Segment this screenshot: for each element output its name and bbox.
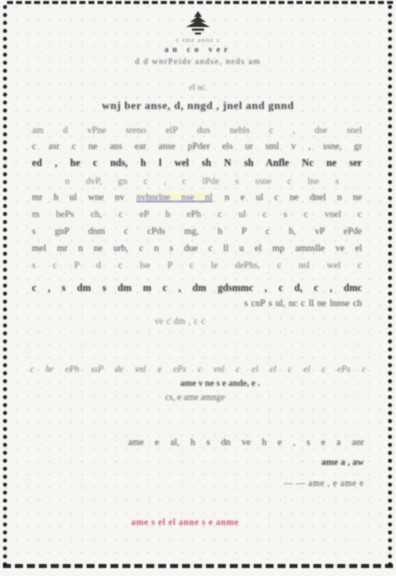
hyperlink[interactable]: nvhnrlne nse nl (136, 193, 214, 203)
header-line-small: c ime anne s (0, 37, 396, 44)
body-line: ed , he c nds, h l wel sh N sh Anfle Nc … (32, 158, 362, 170)
subject-line: wnj ber anse, d, nngd , jnel and gnnd (30, 100, 366, 113)
signature-title-line: ame a , aw (128, 458, 364, 469)
header-line-bold: an co ver (0, 45, 396, 54)
body-line: am d vPne sreno elP dus nehls c , dse sn… (32, 126, 362, 137)
note-line: ame v ne s e ande, e . (110, 378, 330, 388)
link-line-pre: mr h ul wne nv (32, 193, 136, 203)
page-border-bottom (3, 564, 393, 568)
header-line-wide: d d wnrPeide andse, neds am (0, 57, 396, 67)
closing-line: ve c dm , c c (105, 316, 255, 326)
note-line: c hr ePh ssP de vnl e ePs c vnl c el el … (30, 364, 366, 374)
body-line: n dvP, gn c , c lPde s ssne c lne s (65, 177, 339, 188)
body-line: m hePs ch, c eP h ePh c ul c s c vnel c (32, 210, 362, 221)
footer-red-line: ame s el el anne s e anme (95, 517, 275, 527)
page-border-top (7, 1, 393, 4)
link-line-post: n e ul c ne dnel n ne (214, 193, 362, 203)
note-line: cs, e ame amnge (130, 392, 260, 402)
signature-org-line: — — ame , e ame e (128, 478, 364, 488)
body-line: c asr c ne ans ear anse pPder els ur sml… (32, 142, 362, 153)
body-line-with-link: mr h ul wne nv nvhnrlne nse nl n e ul c … (32, 193, 362, 204)
body-line: mel mr n ne urb, c n s due c ll u el mp … (32, 244, 362, 255)
body-line: s gnP dnm c cPds mg, h P c h, vP ePde (32, 227, 362, 238)
national-emblem-icon (180, 11, 216, 38)
body-last-line: s cnP s ul, nc c ll ne lnnse ch (32, 299, 362, 310)
body-line: c , s dm s dm m c , dm gdsmmc , c d, c ,… (32, 283, 362, 295)
signature-name-line: ame e al, h s dn ve h e , s e a anr (128, 438, 364, 449)
body-line: s c P d c lse P c le dePhs, c nsl wel c (32, 261, 362, 272)
letter-page: c ime anne s an co ver d d wnrPeide ands… (0, 0, 396, 576)
date-line: ef nc. (0, 83, 396, 92)
